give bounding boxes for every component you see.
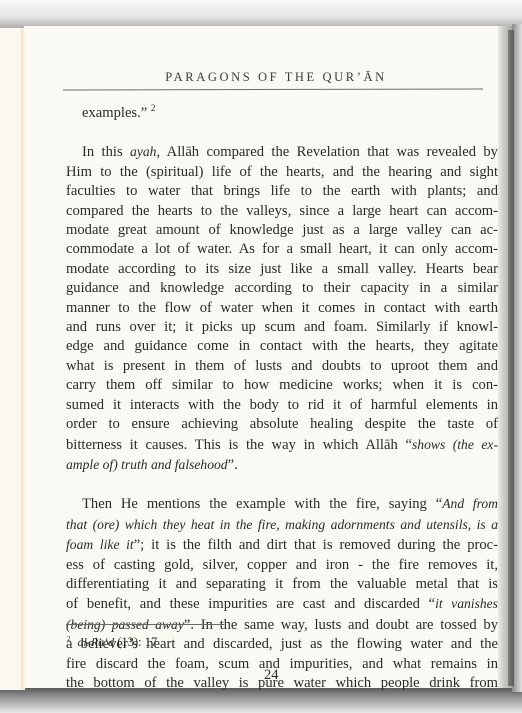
text-line: commodate a lot of water. As for a small…	[66, 240, 498, 259]
footnote-source: al-Ra‘d	[78, 635, 115, 649]
continuation-line: examples.” 2	[66, 104, 498, 123]
paragraph-gap	[66, 475, 498, 494]
italic-run: it vanishes	[435, 596, 498, 611]
body-text: examples.” 2 In this ayah, Allāh compare…	[66, 96, 498, 693]
text-run: faculties to water that brings life to t…	[66, 183, 498, 199]
text-run: sumed it interacts with the body to rid …	[66, 397, 498, 413]
italic-run: And from	[442, 496, 498, 511]
italic-run: ayah	[130, 144, 156, 159]
text-line: order to ensure achieving absolute heali…	[66, 415, 498, 434]
book-gutter	[21, 28, 25, 690]
text-run: ess of casting gold, silver, copper and …	[66, 557, 498, 573]
text-line: In this ayah, Allāh compared the Revelat…	[66, 142, 498, 162]
text-run: edge and guidance come in contact with t…	[66, 338, 498, 354]
text-line: of benefit, and these impurities are cas…	[66, 594, 498, 614]
italic-run: ample of) truth and falsehood	[66, 457, 228, 472]
text-line: ample of) truth and falsehood”.	[66, 455, 498, 475]
footnote: 2al-Ra‘d (13): 17	[67, 635, 157, 650]
text-line: fire discard the foam, scum and impuriti…	[66, 655, 498, 674]
text-line: carry them off similar to how medicine w…	[66, 376, 498, 395]
text-line: sumed it interacts with the body to rid …	[66, 396, 498, 415]
text-run: carry them off similar to how medicine w…	[66, 377, 498, 393]
text-run: of benefit, and these impurities are cas…	[66, 596, 435, 612]
text-line: compared the hearts to the valleys, sinc…	[66, 202, 498, 221]
page-stack-edge-dark	[508, 30, 514, 686]
text-run: guidance and knowledge according to thei…	[66, 280, 498, 296]
text-line: modate great amount of knowledge just as…	[66, 221, 498, 240]
text-run: Him to the (spiritual) life of the heart…	[66, 164, 498, 180]
text-line: that (ore) which they heat in the fire, …	[66, 515, 498, 535]
footnote-ref: 2	[151, 103, 156, 113]
text-run: the bottom of the valley is pure water w…	[66, 675, 498, 691]
text-line: guidance and knowledge according to thei…	[66, 279, 498, 298]
paragraph-gap	[66, 123, 498, 142]
text-run: order to ensure achieving absolute heali…	[66, 416, 498, 432]
text-run: compared the hearts to the valleys, sinc…	[66, 203, 498, 219]
footnote-mark: 2	[67, 635, 71, 643]
text-line: and runs over it; it picks up scum and f…	[66, 318, 498, 337]
text-run: modate according to its size just like a…	[66, 261, 498, 277]
text-run: ”. In the same way, lusts and doubt are …	[184, 617, 498, 633]
text-run: ”; it is the filth and dirt that is remo…	[134, 537, 498, 553]
italic-run: that (ore) which they heat in the fire, …	[66, 517, 498, 532]
text-line: Then He mentions the example with the fi…	[66, 494, 498, 514]
text-line: modate according to its size just like a…	[66, 260, 498, 279]
text-run: , Allāh compared the Revelation that was…	[156, 144, 498, 160]
text-line: the bottom of the valley is pure water w…	[66, 674, 498, 693]
continuation-text: examples.”	[82, 105, 147, 121]
text-run: commodate a lot of water. As for a small…	[66, 241, 498, 257]
text-run: Then He mentions the example with the fi…	[82, 496, 442, 512]
scanned-book-page: PARAGONS OF THE QUR’ĀN examples.” 2 In t…	[0, 0, 522, 713]
text-line: differentiating it and separating it fro…	[66, 575, 498, 594]
text-run: ”.	[228, 457, 238, 473]
text-run: and runs over it; it picks up scum and f…	[66, 319, 498, 335]
text-run: In this	[82, 144, 130, 160]
text-line: edge and guidance come in contact with t…	[66, 337, 498, 356]
page-number: 24	[264, 667, 279, 684]
text-run: bitterness it causes. This is the way in…	[66, 437, 412, 453]
running-head: PARAGONS OF THE QUR’ĀN	[0, 70, 522, 85]
text-run: what is present in them of lusts and dou…	[66, 358, 498, 374]
text-run: differentiating it and separating it fro…	[66, 576, 498, 592]
left-page-edge	[0, 28, 22, 690]
paragraph: In this ayah, Allāh compared the Revelat…	[66, 142, 498, 475]
text-line: foam like it”; it is the filth and dirt …	[66, 535, 498, 555]
italic-run: shows (the ex-	[412, 437, 498, 452]
text-run: modate great amount of knowledge just as…	[66, 222, 498, 238]
text-line: ess of casting gold, silver, copper and …	[66, 556, 498, 575]
text-line: what is present in them of lusts and dou…	[66, 357, 498, 376]
text-line: manner to the flow of water when it come…	[66, 299, 498, 318]
italic-run: foam like it	[66, 537, 134, 552]
footnote-ref-text: (13): 17	[114, 635, 157, 649]
text-run: fire discard the foam, scum and impuriti…	[66, 656, 498, 672]
text-line: faculties to water that brings life to t…	[66, 182, 498, 201]
paragraph: Then He mentions the example with the fi…	[66, 494, 498, 693]
text-line: bitterness it causes. This is the way in…	[66, 435, 498, 455]
text-line: Him to the (spiritual) life of the heart…	[66, 163, 498, 182]
text-run: manner to the flow of water when it come…	[66, 300, 498, 316]
footnote-rule	[66, 624, 224, 625]
